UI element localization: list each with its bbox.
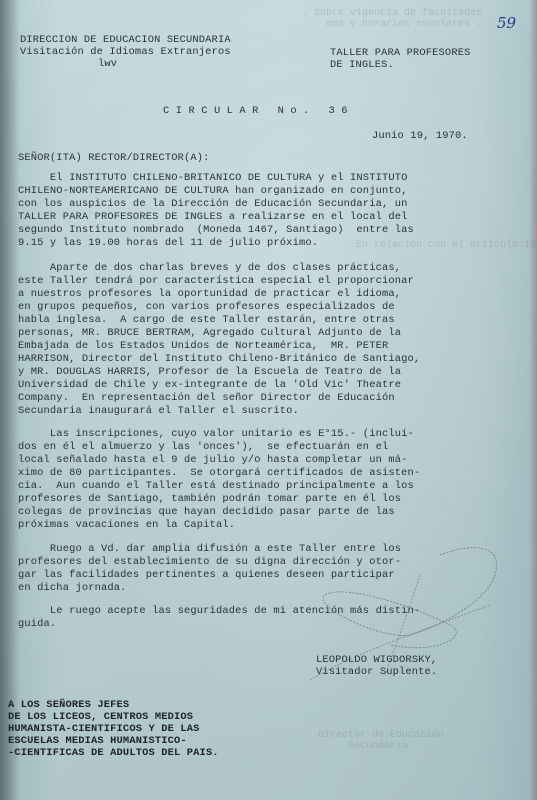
text-line: guida. xyxy=(18,618,56,631)
date: Junio 19, 1970. xyxy=(372,130,468,143)
addressee-line: HUMANISTA-CIENTIFICOS Y DE LAS xyxy=(8,723,200,736)
text-line: a nuestros profesores la oportunidad de … xyxy=(18,288,401,301)
text-line: dos en él el almuerzo y las 'onces'), se… xyxy=(18,441,388,454)
header-subject-line-1: TALLER PARA PROFESORES xyxy=(330,47,470,60)
text-line: colegas de provincias que hayan decidido… xyxy=(18,506,395,519)
bleed-through-text: . Sobre vigencia de facultades ema y hor… xyxy=(290,8,482,30)
text-line: 9.15 y las 19.00 horas del 11 de julio p… xyxy=(18,237,318,250)
addressee-line: DE LOS LICEOS, CENTROS MEDIOS xyxy=(8,711,193,724)
text-line: HARRISON, Director del Instituto Chileno… xyxy=(18,353,420,366)
text-line: TALLER PARA PROFESORES DE INGLES a reali… xyxy=(18,211,408,224)
addressee-line: ESCUELAS MEDIAS HUMANISTICO- xyxy=(8,735,187,748)
addressee-line: -CIENTIFICAS DE ADULTOS DEL PAIS. xyxy=(8,747,219,760)
text-line: Las inscripciones, cuyo valor unitario e… xyxy=(18,428,414,441)
text-line: cia. Aun cuando el Taller está destinado… xyxy=(18,480,414,493)
text-line: El INSTITUTO CHILENO-BRITANICO DE CULTUR… xyxy=(18,172,408,185)
text-line: personas, MR. BRUCE BERTRAM, Agregado Cu… xyxy=(18,327,401,340)
text-line: en dicha jornada. xyxy=(18,582,127,595)
text-line: próximas vacaciones en la Capital. xyxy=(18,519,235,532)
page-number: 59 xyxy=(497,14,516,32)
text-line: CHILENO-NORTEAMERICANO DE CULTURA han or… xyxy=(18,185,408,198)
text-line: ximo de 80 participantes. Se otorgará ce… xyxy=(18,467,420,480)
text-line: este Taller tendrá por característica es… xyxy=(18,275,414,288)
text-line: habla inglesa. A cargo de este Taller es… xyxy=(18,314,395,327)
header-department: DIRECCION DE EDUCACION SECUNDARIA xyxy=(20,34,231,47)
text-line: Company. En representación del señor Dir… xyxy=(18,392,395,405)
circular-title: CIRCULAR No. 36 xyxy=(163,105,354,118)
header-subdepartment: Visitación de Idiomas Extranjeros xyxy=(20,46,231,59)
text-line: segundo Instituto nombrado (Moneda 1467,… xyxy=(18,224,414,237)
text-line: Embajada de los Estados Unidos de Nortea… xyxy=(18,340,388,353)
text-line: en grupos pequeños, con varios profesore… xyxy=(18,301,395,314)
header-initials: lwv xyxy=(98,58,117,71)
bleed-through-text: Director de Educación Secundaria. xyxy=(300,730,444,752)
addressee-line: A LOS SEÑORES JEFES xyxy=(8,699,129,712)
signatory-name: LEOPOLDO WIGDORSKY, xyxy=(316,654,437,667)
document-page: . Sobre vigencia de facultades ema y hor… xyxy=(0,0,537,800)
salutation: SEÑOR(ITA) RECTOR/DIRECTOR(A): xyxy=(18,152,210,165)
text-line: con los auspicios de la Dirección de Edu… xyxy=(18,198,408,211)
header-subject-line-2: DE INGLES. xyxy=(330,59,394,72)
signatory-title: Visitador Suplente. xyxy=(316,666,437,679)
text-line: Aparte de dos charlas breves y de dos cl… xyxy=(18,262,401,275)
text-line: local señalado hasta el 9 de julio y/o h… xyxy=(18,454,408,467)
text-line: Universidad de Chile y ex-integrante de … xyxy=(18,379,401,392)
text-line: Secundaria inaugurará el Taller el suscr… xyxy=(18,405,299,418)
text-line: y MR. DOUGLAS HARRIS, Profesor de la Esc… xyxy=(18,366,401,379)
text-line: profesores de Santiago, también podrán t… xyxy=(18,493,401,506)
